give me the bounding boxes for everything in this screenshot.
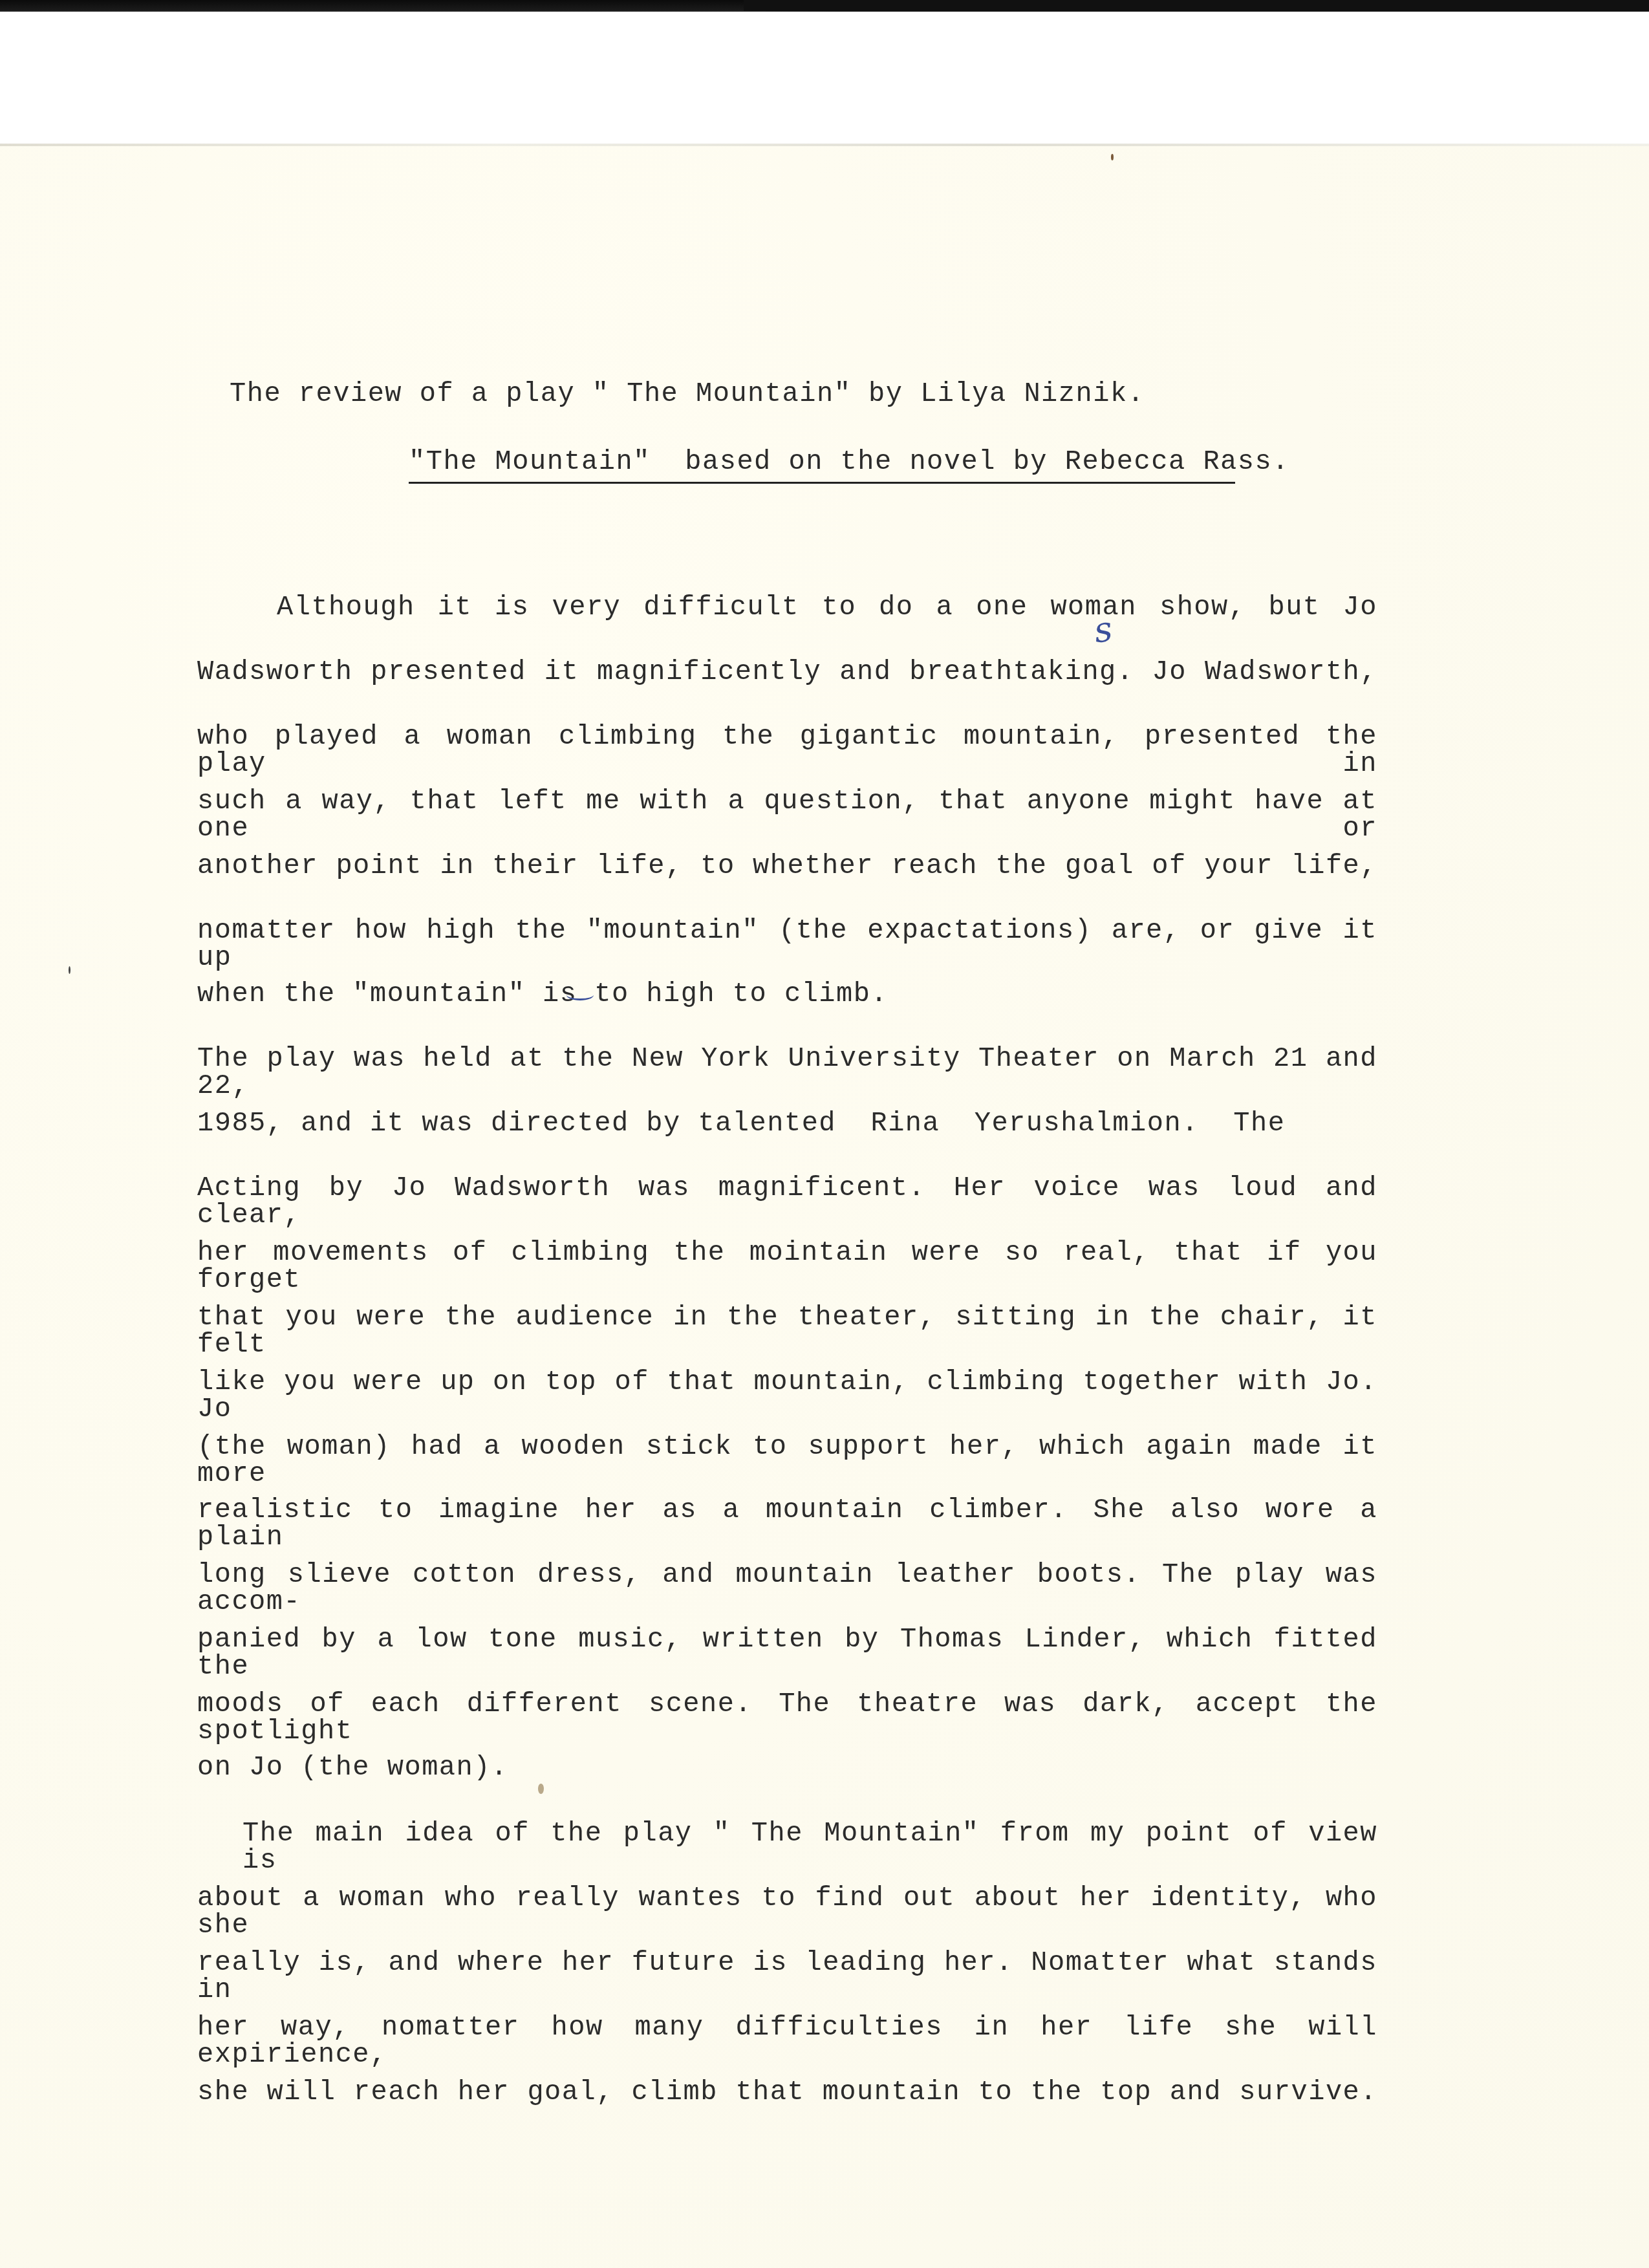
- body-line: such a way, that left me with a question…: [197, 788, 1377, 842]
- body-line: another point in their life, to whether …: [197, 852, 1377, 880]
- body-line: (the woman) had a wooden stick to suppor…: [197, 1433, 1377, 1487]
- body-line: The play was held at the New York Univer…: [197, 1045, 1377, 1099]
- body-line: her way, nomatter how many difficulties …: [197, 2014, 1377, 2068]
- body-line: nomatter how high the "mountain" (the ex…: [197, 917, 1377, 971]
- paper-speck: [69, 966, 70, 974]
- body-line: Wadsworth presented it magnificently and…: [197, 658, 1377, 686]
- body-line: that you were the audience in the theate…: [197, 1304, 1377, 1358]
- body-line: Although it is very difficult to do a on…: [277, 594, 1377, 621]
- handwritten-correction-mark: [566, 989, 594, 1000]
- body-line: who played a woman climbing the gigantic…: [197, 723, 1377, 777]
- body-line: when the "mountain" is to high to climb.: [197, 980, 888, 1008]
- body-line: about a woman who really wantes to find …: [197, 1885, 1377, 1939]
- body-line: on Jo (the woman).: [197, 1754, 508, 1781]
- body-line: The main idea of the play " The Mountain…: [242, 1820, 1377, 1874]
- body-line: Acting by Jo Wadsworth was magnificent. …: [197, 1174, 1377, 1229]
- body-line: panied by a low tone music, written by T…: [197, 1626, 1377, 1680]
- body-line: she will reach her goal, climb that moun…: [197, 2079, 1377, 2106]
- document-subtitle: "The Mountain" based on the novel by Reb…: [409, 448, 1289, 475]
- body-line: 1985, and it was directed by talented Ri…: [197, 1110, 1285, 1137]
- subtitle-underline: [409, 482, 1235, 484]
- document-title: The review of a play " The Mountain" by …: [230, 380, 1145, 407]
- body-line: like you were up on top of that mountain…: [197, 1368, 1377, 1423]
- body-line: her movements of climbing the mointain w…: [197, 1239, 1377, 1293]
- body-line: moods of each different scene. The theat…: [197, 1690, 1377, 1745]
- paper-speck: [538, 1784, 544, 1794]
- paper-speck: [1111, 154, 1114, 160]
- scanner-bed-strip: [0, 12, 1649, 144]
- body-line: long slieve cotton dress, and mountain l…: [197, 1561, 1377, 1615]
- body-line: realistic to imagine her as a mountain c…: [197, 1496, 1377, 1551]
- body-line: really is, and where her future is leadi…: [197, 1949, 1377, 2003]
